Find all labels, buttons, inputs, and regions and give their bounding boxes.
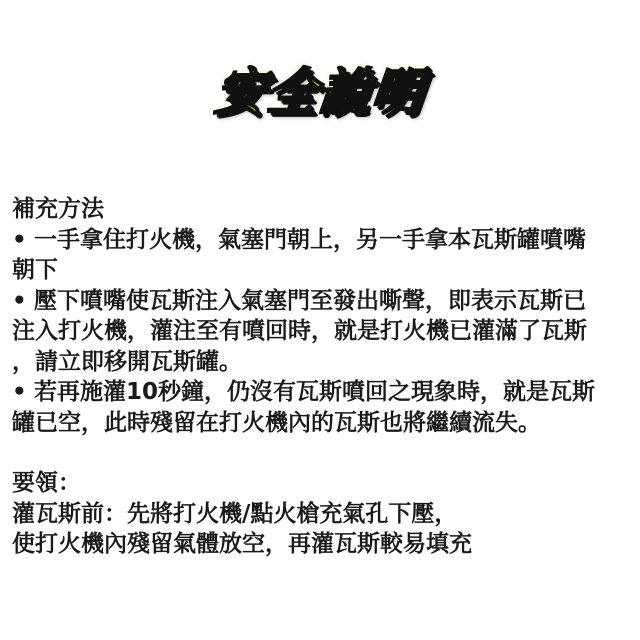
refill-step-3-line-2: 罐已空，此時殘留在打火機內的瓦斯也將繼續流失。 bbox=[12, 408, 634, 439]
refill-heading: 補充方法 bbox=[12, 194, 634, 225]
title-banner: 安全說明 bbox=[0, 52, 640, 124]
page-title: 安全說明 bbox=[212, 52, 428, 124]
section-spacer bbox=[12, 438, 634, 468]
tips-line-2: 使打火機內殘留氣體放空，再灌瓦斯較易填充 bbox=[12, 529, 634, 560]
bullet-icon: • bbox=[12, 377, 34, 408]
bullet-icon: • bbox=[12, 286, 34, 317]
bullet-icon: • bbox=[12, 225, 34, 256]
refill-step-1-line-1: •一手拿住打火機，氣塞門朝上，另一手拿本瓦斯罐噴嘴 bbox=[12, 225, 634, 256]
refill-step-2-line-1: •壓下噴嘴使瓦斯注入氣塞門至發出嘶聲，即表示瓦斯已 bbox=[12, 286, 634, 317]
tips-heading: 要領： bbox=[12, 468, 634, 499]
refill-step-3-line-1: •若再施灌10秒鐘，仍沒有瓦斯噴回之現象時，就是瓦斯 bbox=[12, 377, 634, 408]
tips-line-1: 灌瓦斯前：先將打火機/點火槍充氣孔下壓， bbox=[12, 499, 634, 530]
instructions-body: 補充方法 •一手拿住打火機，氣塞門朝上，另一手拿本瓦斯罐噴嘴 朝下 •壓下噴嘴使… bbox=[12, 194, 634, 560]
refill-step-1-line-2: 朝下 bbox=[12, 255, 634, 286]
refill-step-2-line-2: 注入打火機，灌注至有噴回時，就是打火機已灌滿了瓦斯 bbox=[12, 316, 634, 347]
refill-step-2-line-3: ，請立即移開瓦斯罐。 bbox=[12, 347, 634, 378]
